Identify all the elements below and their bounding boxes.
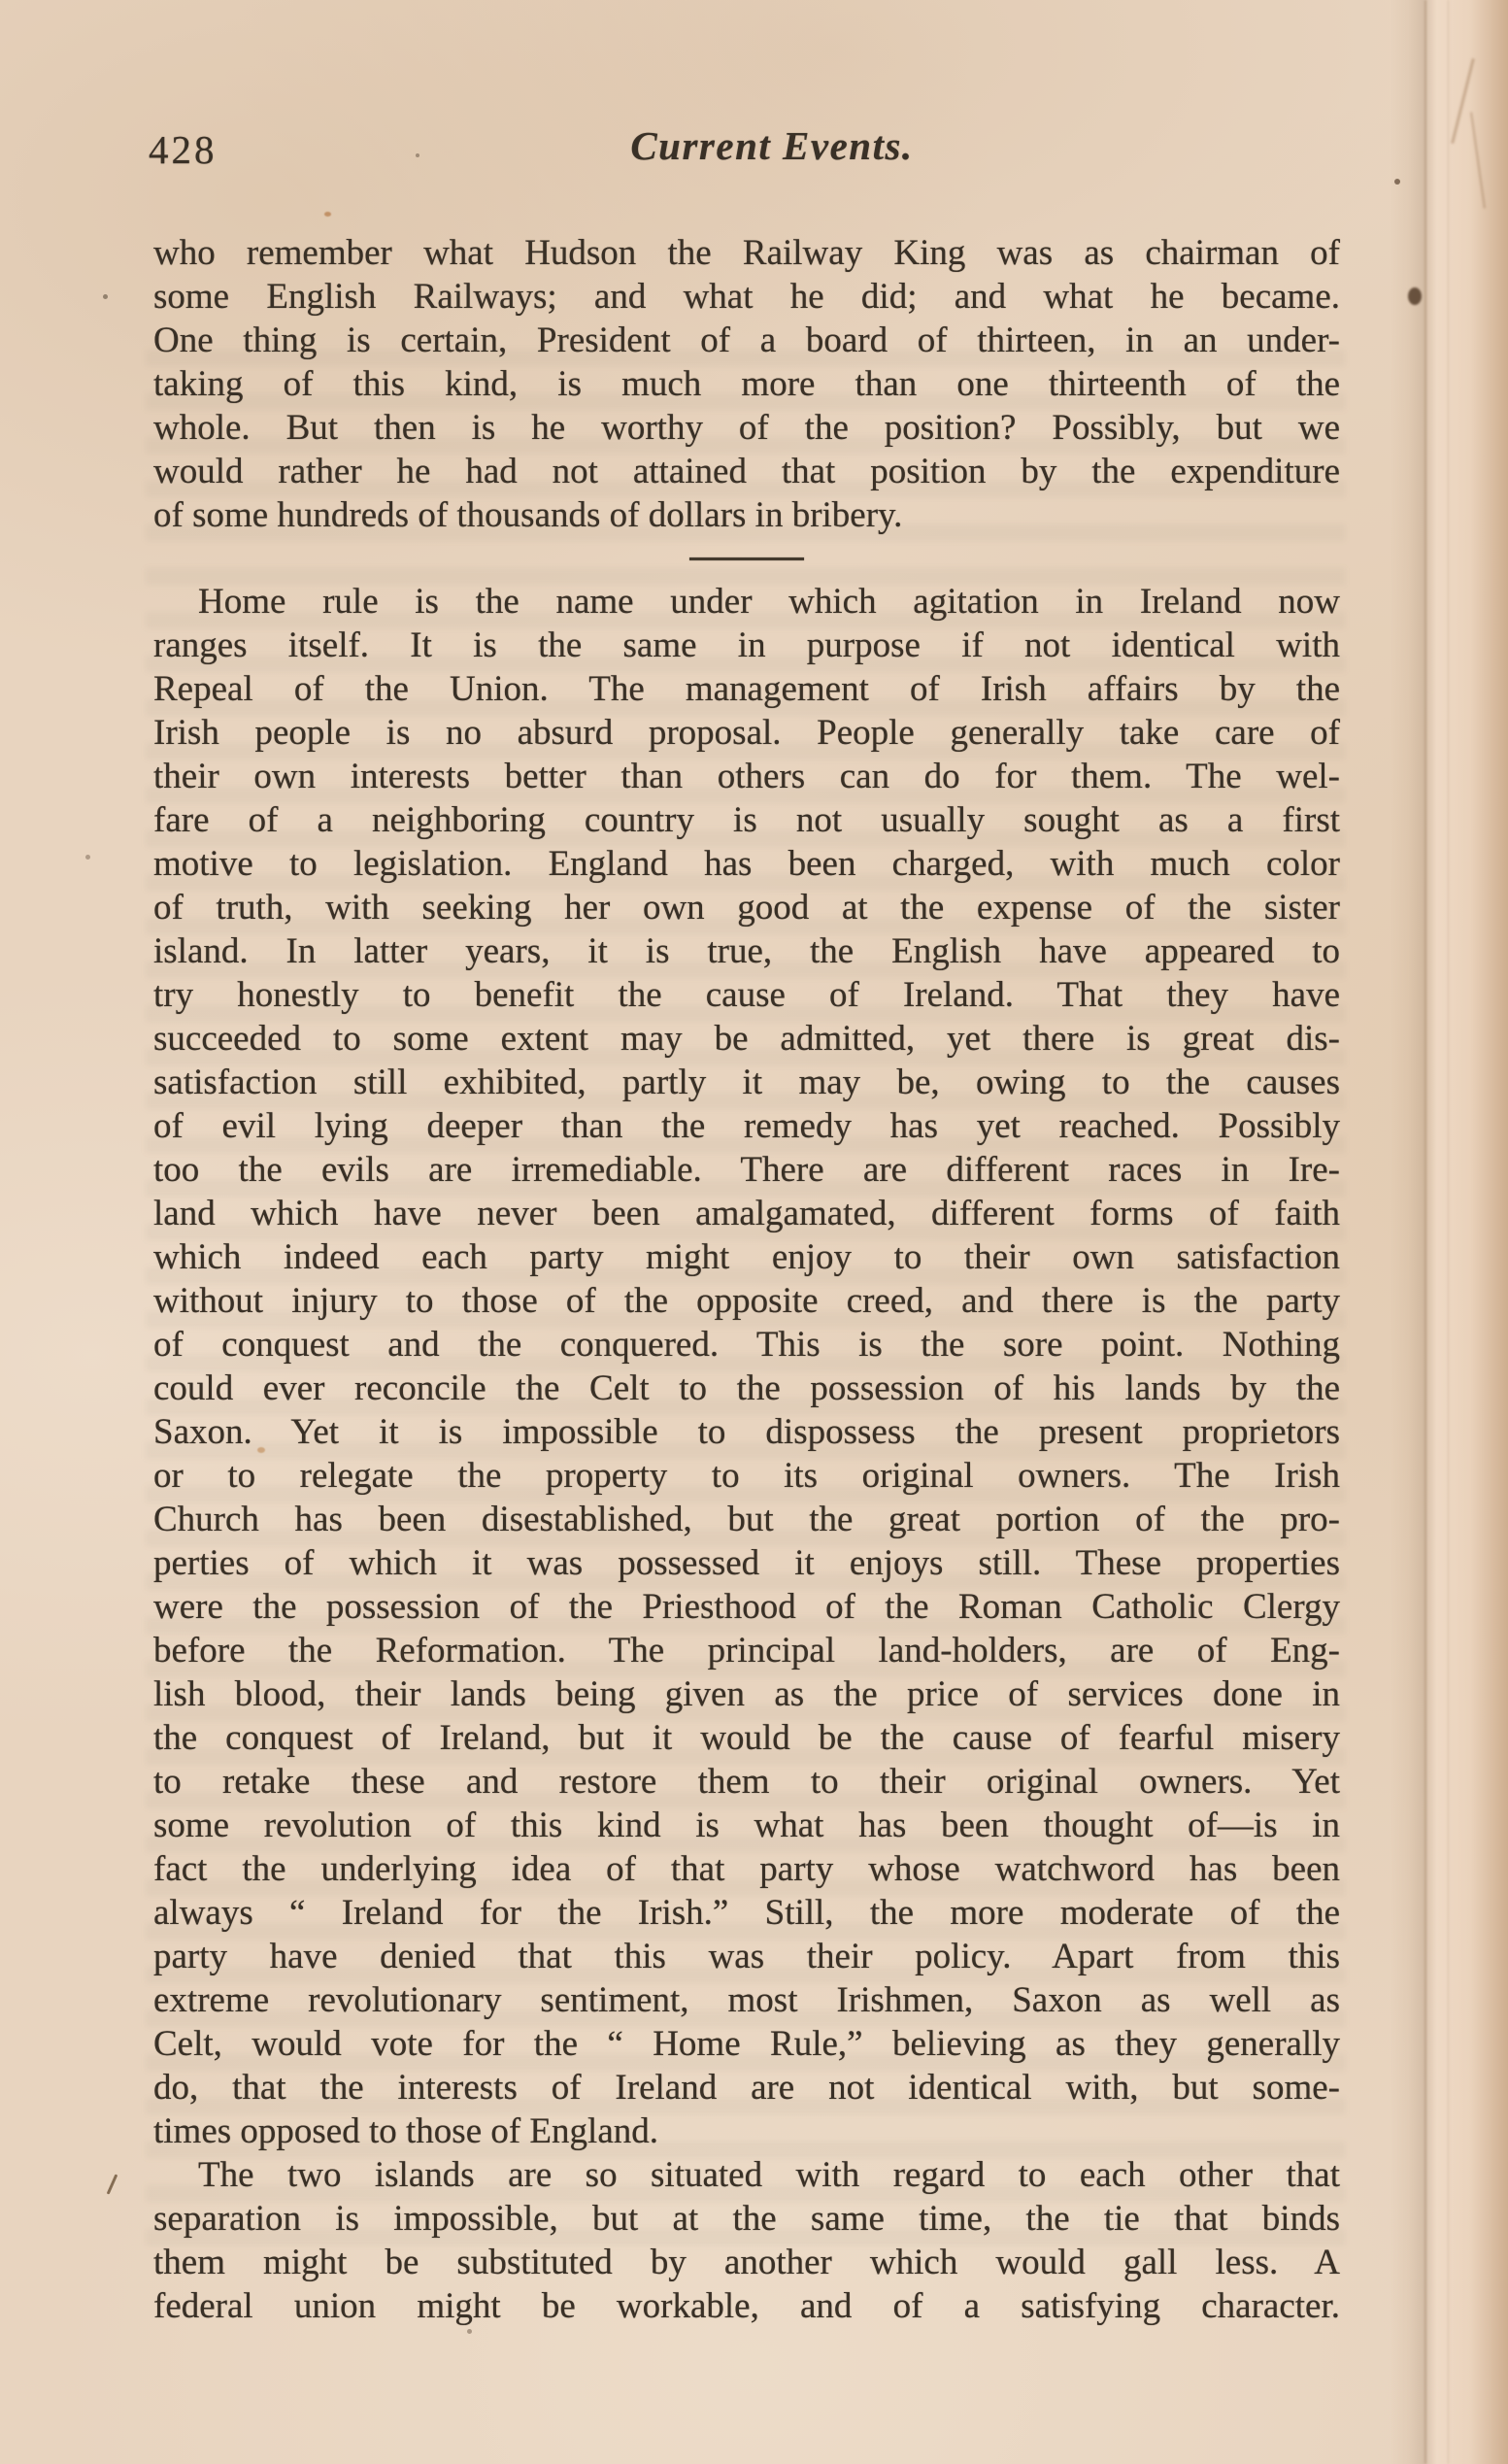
text-line: separation is impossible, but at the sam… xyxy=(153,2197,1340,2241)
text-line: fare of a neighboring country is not usu… xyxy=(153,798,1340,842)
text-line: some English Railways; and what he did; … xyxy=(153,275,1340,319)
text-line: would rather he had not attained that po… xyxy=(153,450,1340,493)
text-line: do, that the interests of Ireland are no… xyxy=(153,2066,1340,2110)
text-line: to retake these and restore them to thei… xyxy=(153,1760,1340,1804)
text-line: The two islands are so situated with reg… xyxy=(153,2153,1340,2197)
corner-crease xyxy=(1434,53,1502,219)
text-line: satisfaction still exhibited, partly it … xyxy=(153,1061,1340,1104)
pen-mark xyxy=(107,2174,118,2194)
text-line: before the Reformation. The principal la… xyxy=(153,1629,1340,1672)
divider-rule xyxy=(689,557,804,560)
text-line: One thing is certain, President of a boa… xyxy=(153,319,1340,362)
paragraph: who remember what Hudson the Railway Kin… xyxy=(153,231,1340,537)
text-line: Saxon. Yet it is impossible to disposses… xyxy=(153,1410,1340,1454)
text-line: too the evils are irremediable. There ar… xyxy=(153,1148,1340,1192)
paragraph: The two islands are so situated with reg… xyxy=(153,2153,1340,2328)
text-line: without injury to those of the opposite … xyxy=(153,1279,1340,1323)
running-title: Current Events. xyxy=(179,122,1365,169)
text-line: Home rule is the name under which agitat… xyxy=(153,580,1340,624)
page-edge-shadow xyxy=(1390,0,1508,2464)
text-line: times opposed to those of England. xyxy=(153,2110,1340,2153)
paper-speck xyxy=(1394,179,1400,185)
text-line: could ever reconcile the Celt to the pos… xyxy=(153,1367,1340,1410)
text-line: taking of this kind, is much more than o… xyxy=(153,362,1340,406)
text-line: of some hundreds of thousands of dollars… xyxy=(153,493,1340,537)
paper-speck xyxy=(324,212,331,217)
text-line: Repeal of the Union. The management of I… xyxy=(153,667,1340,711)
text-line: Celt, would vote for the “ Home Rule,” b… xyxy=(153,2022,1340,2066)
text-line: some revolution of this kind is what has… xyxy=(153,1804,1340,1847)
text-line: lish blood, their lands being given as t… xyxy=(153,1672,1340,1716)
text-line: of conquest and the conquered. This is t… xyxy=(153,1323,1340,1367)
text-line: Irish people is no absurd proposal. Peop… xyxy=(153,711,1340,755)
text-block: who remember what Hudson the Railway Kin… xyxy=(153,231,1340,2328)
text-line: of evil lying deeper than the remedy has… xyxy=(153,1104,1340,1148)
text-line: their own interests better than others c… xyxy=(153,755,1340,798)
text-line: motive to legislation. England has been … xyxy=(153,842,1340,886)
text-line: who remember what Hudson the Railway Kin… xyxy=(153,231,1340,275)
text-line: perties of which it was possessed it enj… xyxy=(153,1541,1340,1585)
text-line: the conquest of Ireland, but it would be… xyxy=(153,1716,1340,1760)
text-line: fact the underlying idea of that party w… xyxy=(153,1847,1340,1891)
text-line: whole. But then is he worthy of the posi… xyxy=(153,406,1340,450)
text-line: party have denied that this was their po… xyxy=(153,1935,1340,1978)
paper-speck xyxy=(103,294,108,299)
text-line: of truth, with seeking her own good at t… xyxy=(153,886,1340,929)
text-line: land which have never been amalgamated, … xyxy=(153,1192,1340,1235)
paper-speck xyxy=(1408,287,1422,305)
text-line: extreme revolutionary sentiment, most Ir… xyxy=(153,1978,1340,2022)
paper-speck xyxy=(85,855,90,860)
text-line: succeeded to some extent may be admitted… xyxy=(153,1017,1340,1061)
text-line: Church has been disestablished, but the … xyxy=(153,1498,1340,1541)
text-line: island. In latter years, it is true, the… xyxy=(153,929,1340,973)
text-line: federal union might be workable, and of … xyxy=(153,2284,1340,2328)
text-line: were the possession of the Priesthood of… xyxy=(153,1585,1340,1629)
text-line: always “ Ireland for the Irish.” Still, … xyxy=(153,1891,1340,1935)
book-page: 428 Current Events. who remember what Hu… xyxy=(0,0,1508,2464)
text-line: try honestly to benefit the cause of Ire… xyxy=(153,973,1340,1017)
paragraph: Home rule is the name under which agitat… xyxy=(153,580,1340,2153)
text-line: them might be substituted by another whi… xyxy=(153,2241,1340,2284)
text-line: ranges itself. It is the same in purpose… xyxy=(153,624,1340,667)
section-divider xyxy=(153,537,1340,580)
text-line: or to relegate the property to its origi… xyxy=(153,1454,1340,1498)
paper-speck xyxy=(467,2329,472,2334)
text-line: which indeed each party might enjoy to t… xyxy=(153,1235,1340,1279)
